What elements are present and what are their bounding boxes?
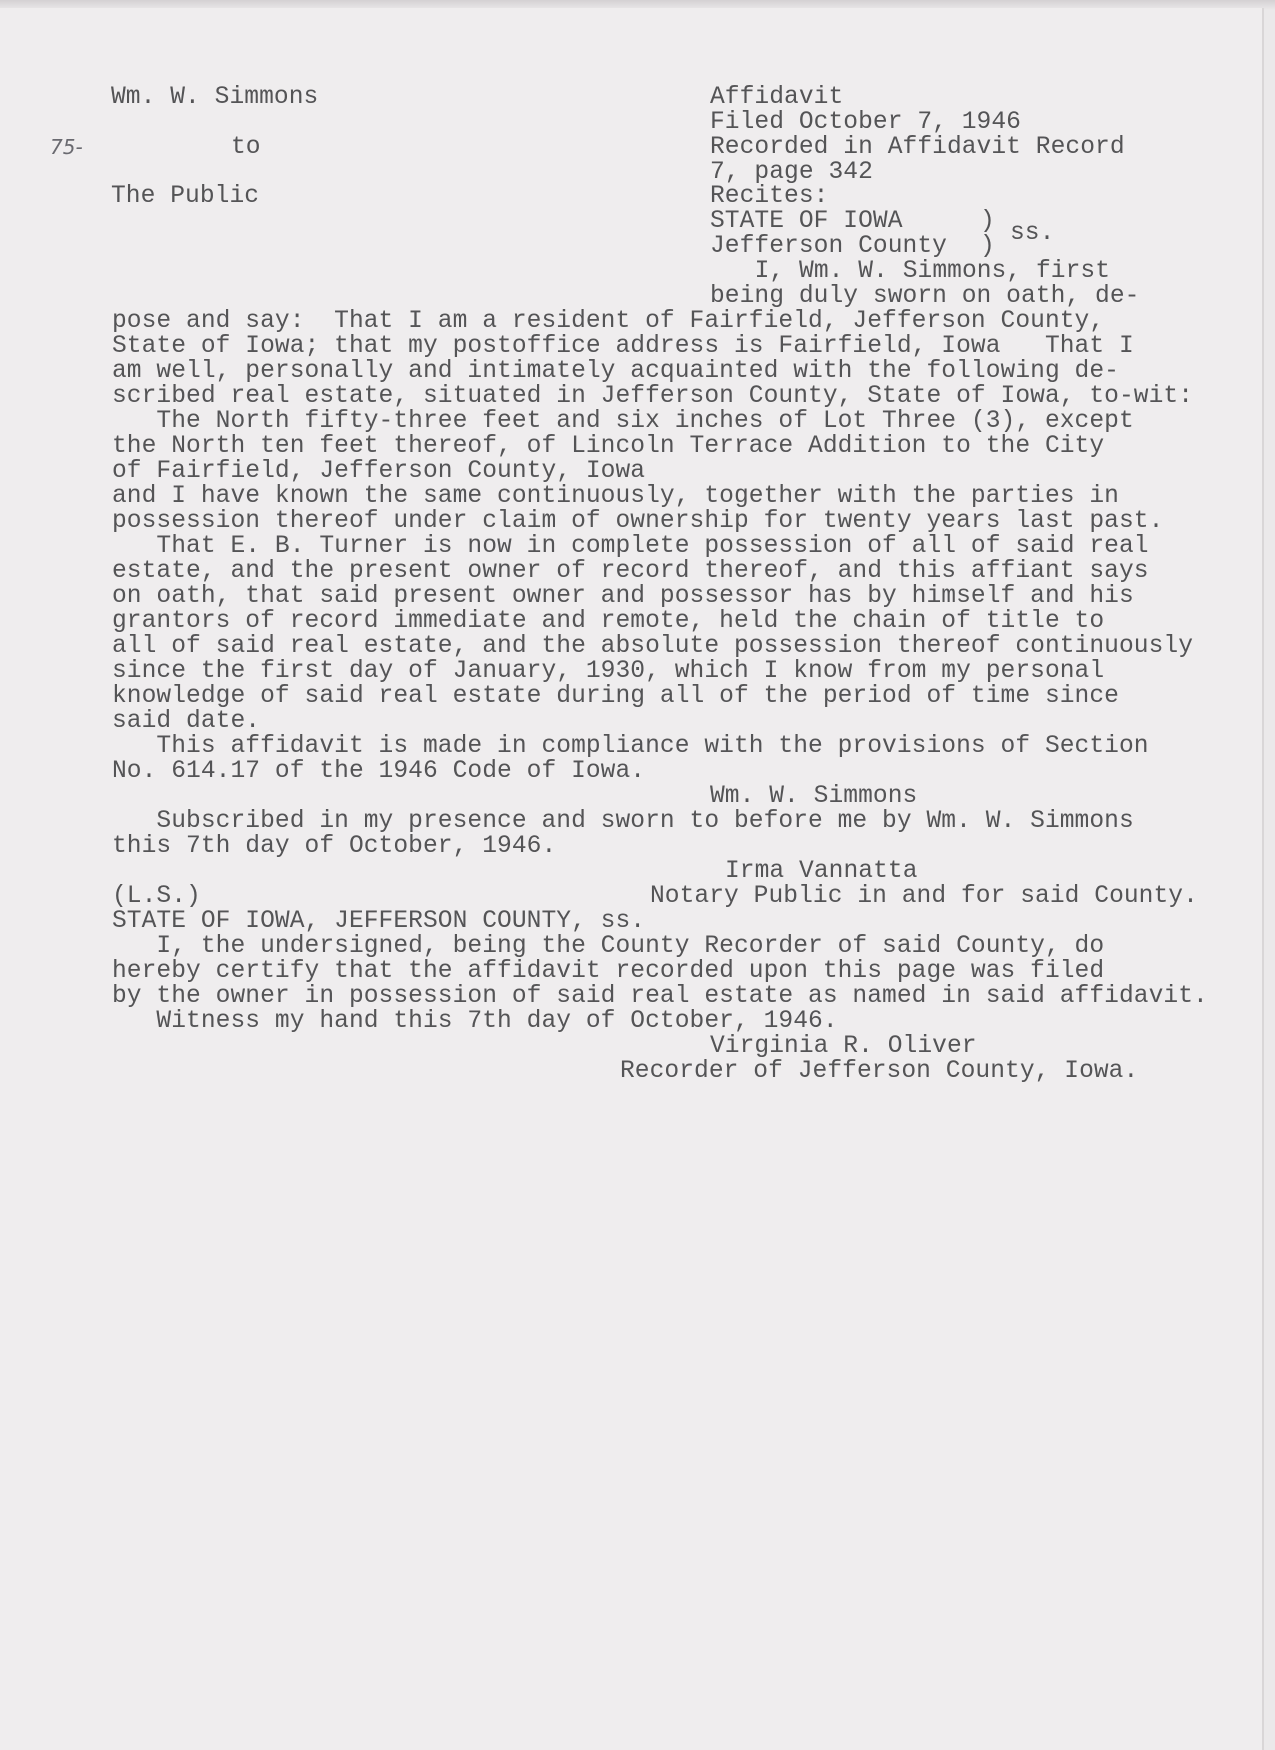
caption-line: Recites: xyxy=(710,185,828,210)
body-line: This affidavit is made in compliance wit… xyxy=(112,735,1149,760)
body-line: said date. xyxy=(112,710,260,735)
venue-paren-bottom: ) xyxy=(980,235,995,260)
venue-ss: ss. xyxy=(1010,222,1054,247)
caption-line: Recorded in Affidavit Record xyxy=(710,136,1125,161)
affiant-signature: Wm. W. Simmons xyxy=(710,785,917,810)
body-line: since the first day of January, 1930, wh… xyxy=(112,660,1104,685)
venue-state: STATE OF IOWA xyxy=(710,210,903,235)
body-line: and I have known the same continuously, … xyxy=(112,485,1119,510)
body-line: I, Wm. W. Simmons, first xyxy=(725,260,1110,285)
body-line: being duly sworn on oath, de- xyxy=(710,285,1139,310)
certificate-line: STATE OF IOWA, JEFFERSON COUNTY, ss. xyxy=(112,910,645,935)
caption-grantor: Wm. W. Simmons xyxy=(111,86,318,111)
seal-mark: (L.S.) xyxy=(112,885,201,910)
recorder-title: Recorder of Jefferson County, Iowa. xyxy=(620,1060,1138,1085)
body-line: the North ten feet thereof, of Lincoln T… xyxy=(112,435,1104,460)
caption-connector: to xyxy=(231,136,261,161)
body-line: on oath, that said present owner and pos… xyxy=(112,585,1134,610)
recorder-name: Virginia R. Oliver xyxy=(710,1035,977,1060)
margin-note: 75- xyxy=(50,135,83,159)
body-line: pose and say: That I am a resident of Fa… xyxy=(112,310,1104,335)
venue-county: Jefferson County xyxy=(710,235,947,260)
body-line: estate, and the present owner of record … xyxy=(112,560,1149,585)
jurat-line: Subscribed in my presence and sworn to b… xyxy=(112,810,1134,835)
certificate-line: I, the undersigned, being the County Rec… xyxy=(112,935,1104,960)
affidavit-page: 75- Wm. W. Simmons to The Public Affidav… xyxy=(0,8,1264,1750)
body-line: No. 614.17 of the 1946 Code of Iowa. xyxy=(112,760,645,785)
body-line: State of Iowa; that my postoffice addres… xyxy=(112,335,1134,360)
body-line: That E. B. Turner is now in complete pos… xyxy=(112,535,1149,560)
caption-line: 7, page 342 xyxy=(710,161,873,186)
venue-paren-top: ) xyxy=(980,210,995,235)
jurat-line: this 7th day of October, 1946. xyxy=(112,835,556,860)
body-line: of Fairfield, Jefferson County, Iowa xyxy=(112,460,645,485)
body-line: scribed real estate, situated in Jeffers… xyxy=(112,385,1193,410)
body-line: possession thereof under claim of owners… xyxy=(112,510,1163,535)
body-line: all of said real estate, and the absolut… xyxy=(112,635,1193,660)
certificate-line: Witness my hand this 7th day of October,… xyxy=(112,1010,838,1035)
body-line: am well, personally and intimately acqua… xyxy=(112,360,1119,385)
notary-title: Notary Public in and for said County. xyxy=(650,885,1198,910)
notary-name: Irma Vannatta xyxy=(725,860,918,885)
certificate-line: hereby certify that the affidavit record… xyxy=(112,960,1104,985)
certificate-line: by the owner in possession of said real … xyxy=(112,985,1208,1010)
body-line: knowledge of said real estate during all… xyxy=(112,685,1119,710)
body-line: grantors of record immediate and remote,… xyxy=(112,610,1104,635)
body-line: The North fifty-three feet and six inche… xyxy=(112,410,1134,435)
caption-grantee: The Public xyxy=(111,185,259,210)
caption-line: Affidavit xyxy=(710,86,843,111)
caption-line: Filed October 7, 1946 xyxy=(710,111,1021,136)
